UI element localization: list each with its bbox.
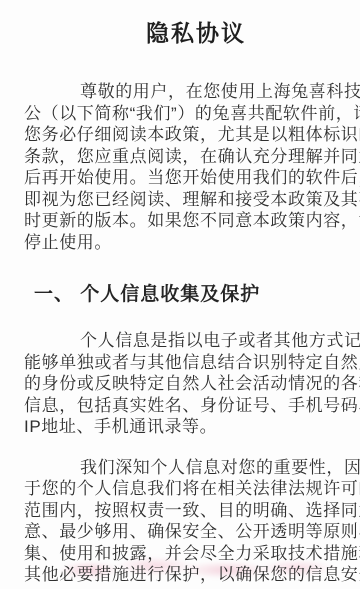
section-heading-personal-info: 一、 个人信息收集及保护 bbox=[24, 281, 360, 308]
paragraph-line: 后再开始使用。当您开始使用我们的软件后， bbox=[24, 167, 360, 189]
paragraph-line: 个人信息是指以电子或者其他方式记录的 bbox=[24, 330, 360, 352]
paragraph-line: 公（以下简称“我们”）的兔喜共配软件前，请 bbox=[24, 103, 360, 125]
paragraph-line: 信息，包括真实姓名、身份证号、手机号码、 bbox=[24, 395, 360, 417]
paragraph-line: 即视为您已经阅读、理解和接受本政策及其不 bbox=[24, 189, 360, 211]
definition-paragraph: 个人信息是指以电子或者其他方式记录的 能够单独或者与其他信息结合识别特定自然人 … bbox=[24, 330, 360, 438]
paragraph-line: 时更新的版本。如果您不同意本政策内容，请 bbox=[24, 210, 360, 232]
paragraph-line: 范围内，按照权责一致、目的明确、选择同意 bbox=[24, 500, 360, 522]
paragraph-line: 其他必要措施进行保护，以确保您的信息安全 bbox=[24, 564, 360, 586]
protection-paragraph: 我们深知个人信息对您的重要性，因此对 于您的个人信息我们将在相关法律法规许可的 … bbox=[24, 457, 360, 586]
privacy-policy-page: { "page": { "title": "隐私协议" }, "section1… bbox=[0, 0, 360, 589]
paragraph-line: 的身份或反映特定自然人社会活动情况的各种 bbox=[24, 373, 360, 395]
intro-paragraph: 尊敬的用户，在您使用上海兔喜科技有限 公（以下简称“我们”）的兔喜共配软件前，请… bbox=[24, 81, 360, 253]
paragraph-line: 集、使用和披露，并会尽全力采取技术措施和 bbox=[24, 543, 360, 565]
policy-content: 隐私协议 尊敬的用户，在您使用上海兔喜科技有限 公（以下简称“我们”）的兔喜共配… bbox=[0, 0, 360, 586]
paragraph-line: 能够单独或者与其他信息结合识别特定自然人 bbox=[24, 352, 360, 374]
paragraph-line: 于您的个人信息我们将在相关法律法规许可的 bbox=[24, 478, 360, 500]
paragraph-line: 条款，您应重点阅读，在确认充分理解并同意 bbox=[24, 146, 360, 168]
paragraph-line: 我们深知个人信息对您的重要性，因此对 bbox=[24, 457, 360, 479]
paragraph-line: 停止使用。 bbox=[24, 232, 360, 254]
paragraph-line: 意、最少够用、确保安全、公开透明等原则收 bbox=[24, 521, 360, 543]
page-title: 隐私协议 bbox=[0, 0, 360, 50]
paragraph-line: 您务必仔细阅读本政策，尤其是以粗体标识的 bbox=[24, 124, 360, 146]
paragraph-line: IP地址、手机通讯录等。 bbox=[24, 416, 360, 438]
paragraph-line: 尊敬的用户，在您使用上海兔喜科技有限 bbox=[24, 81, 360, 103]
